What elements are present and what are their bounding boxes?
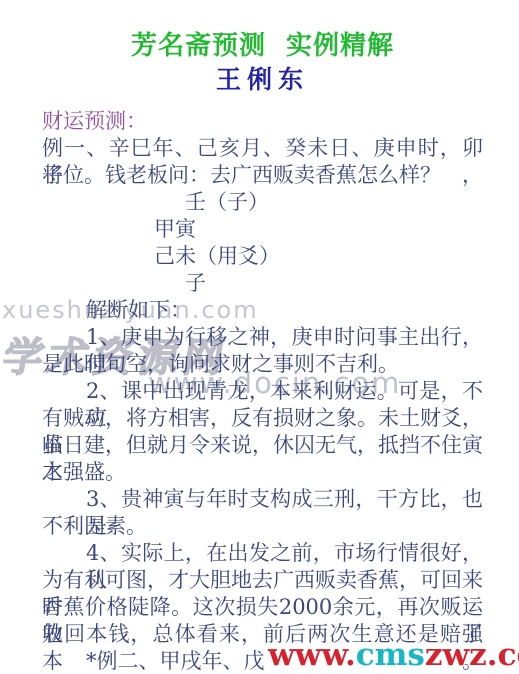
body-line: 子: [42, 270, 483, 297]
body-line: 解断如下：: [42, 297, 483, 324]
document-content: 芳名斋预测 实例精解 王俐东 财运预测： 例一、辛巳年、己亥月、癸未日、庚申时，…: [42, 30, 483, 674]
body-line: 例一、辛巳年、己亥月、癸未日、庚申时，卯将，: [42, 135, 483, 162]
body-line: 2、课中出现青龙，本来利财运。可是，不应: [42, 378, 483, 405]
body-line: 临日建，但就月令来说，休囚无气，抵挡不住寅木: [42, 432, 483, 459]
body-line: 1、庚申为行移之神，庚申时问事主出行，但: [42, 324, 483, 351]
body-text: 例一、辛巳年、己亥月、癸未日、庚申时，卯将，子位。钱老板问：去广西贩卖香蕉怎么样…: [42, 135, 483, 674]
watermark-cmszwz-cms: cms: [356, 637, 425, 673]
body-line: 4、实际上，在出发之前，市场行情很好，认: [42, 540, 483, 567]
body-line: 3、贵神寅与年时支构成三刑，干方比，也是: [42, 486, 483, 513]
body-line: 是此时旬空，询问求财之事则不吉利。: [42, 351, 483, 378]
body-line: 有贼动，将方相害，反有损财之象。未土财爻，虽: [42, 405, 483, 432]
body-line: 为有利可图，才大胆地去广西贩卖香蕉，可回来时: [42, 567, 483, 594]
document-page: xueshuziyuan.com 学术资源网 www.docin.com 芳名斋…: [0, 0, 519, 674]
watermark-cmszwz-zwz: zwz: [425, 637, 487, 673]
body-line: 己未（用爻）: [42, 243, 483, 270]
watermark-cmszwz: www.cmszwz.com: [268, 638, 519, 672]
watermark-cmszwz-com: .com: [487, 637, 519, 673]
body-line: 不利因素。: [42, 513, 483, 540]
body-line: 甲寅: [42, 216, 483, 243]
body-line: 之强盛。: [42, 459, 483, 486]
body-line: 壬（子）: [42, 189, 483, 216]
watermark-cmszwz-www: www.: [268, 637, 356, 673]
author-name: 王俐东: [42, 64, 483, 96]
section-heading: 财运预测：: [42, 108, 483, 135]
body-line: 子位。钱老板问：去广西贩卖香蕉怎么样？: [42, 162, 483, 189]
body-line: 香蕉价格陡降。这次损失2000余元，再次贩运勉强: [42, 594, 483, 621]
page-title: 芳名斋预测 实例精解: [42, 30, 483, 62]
